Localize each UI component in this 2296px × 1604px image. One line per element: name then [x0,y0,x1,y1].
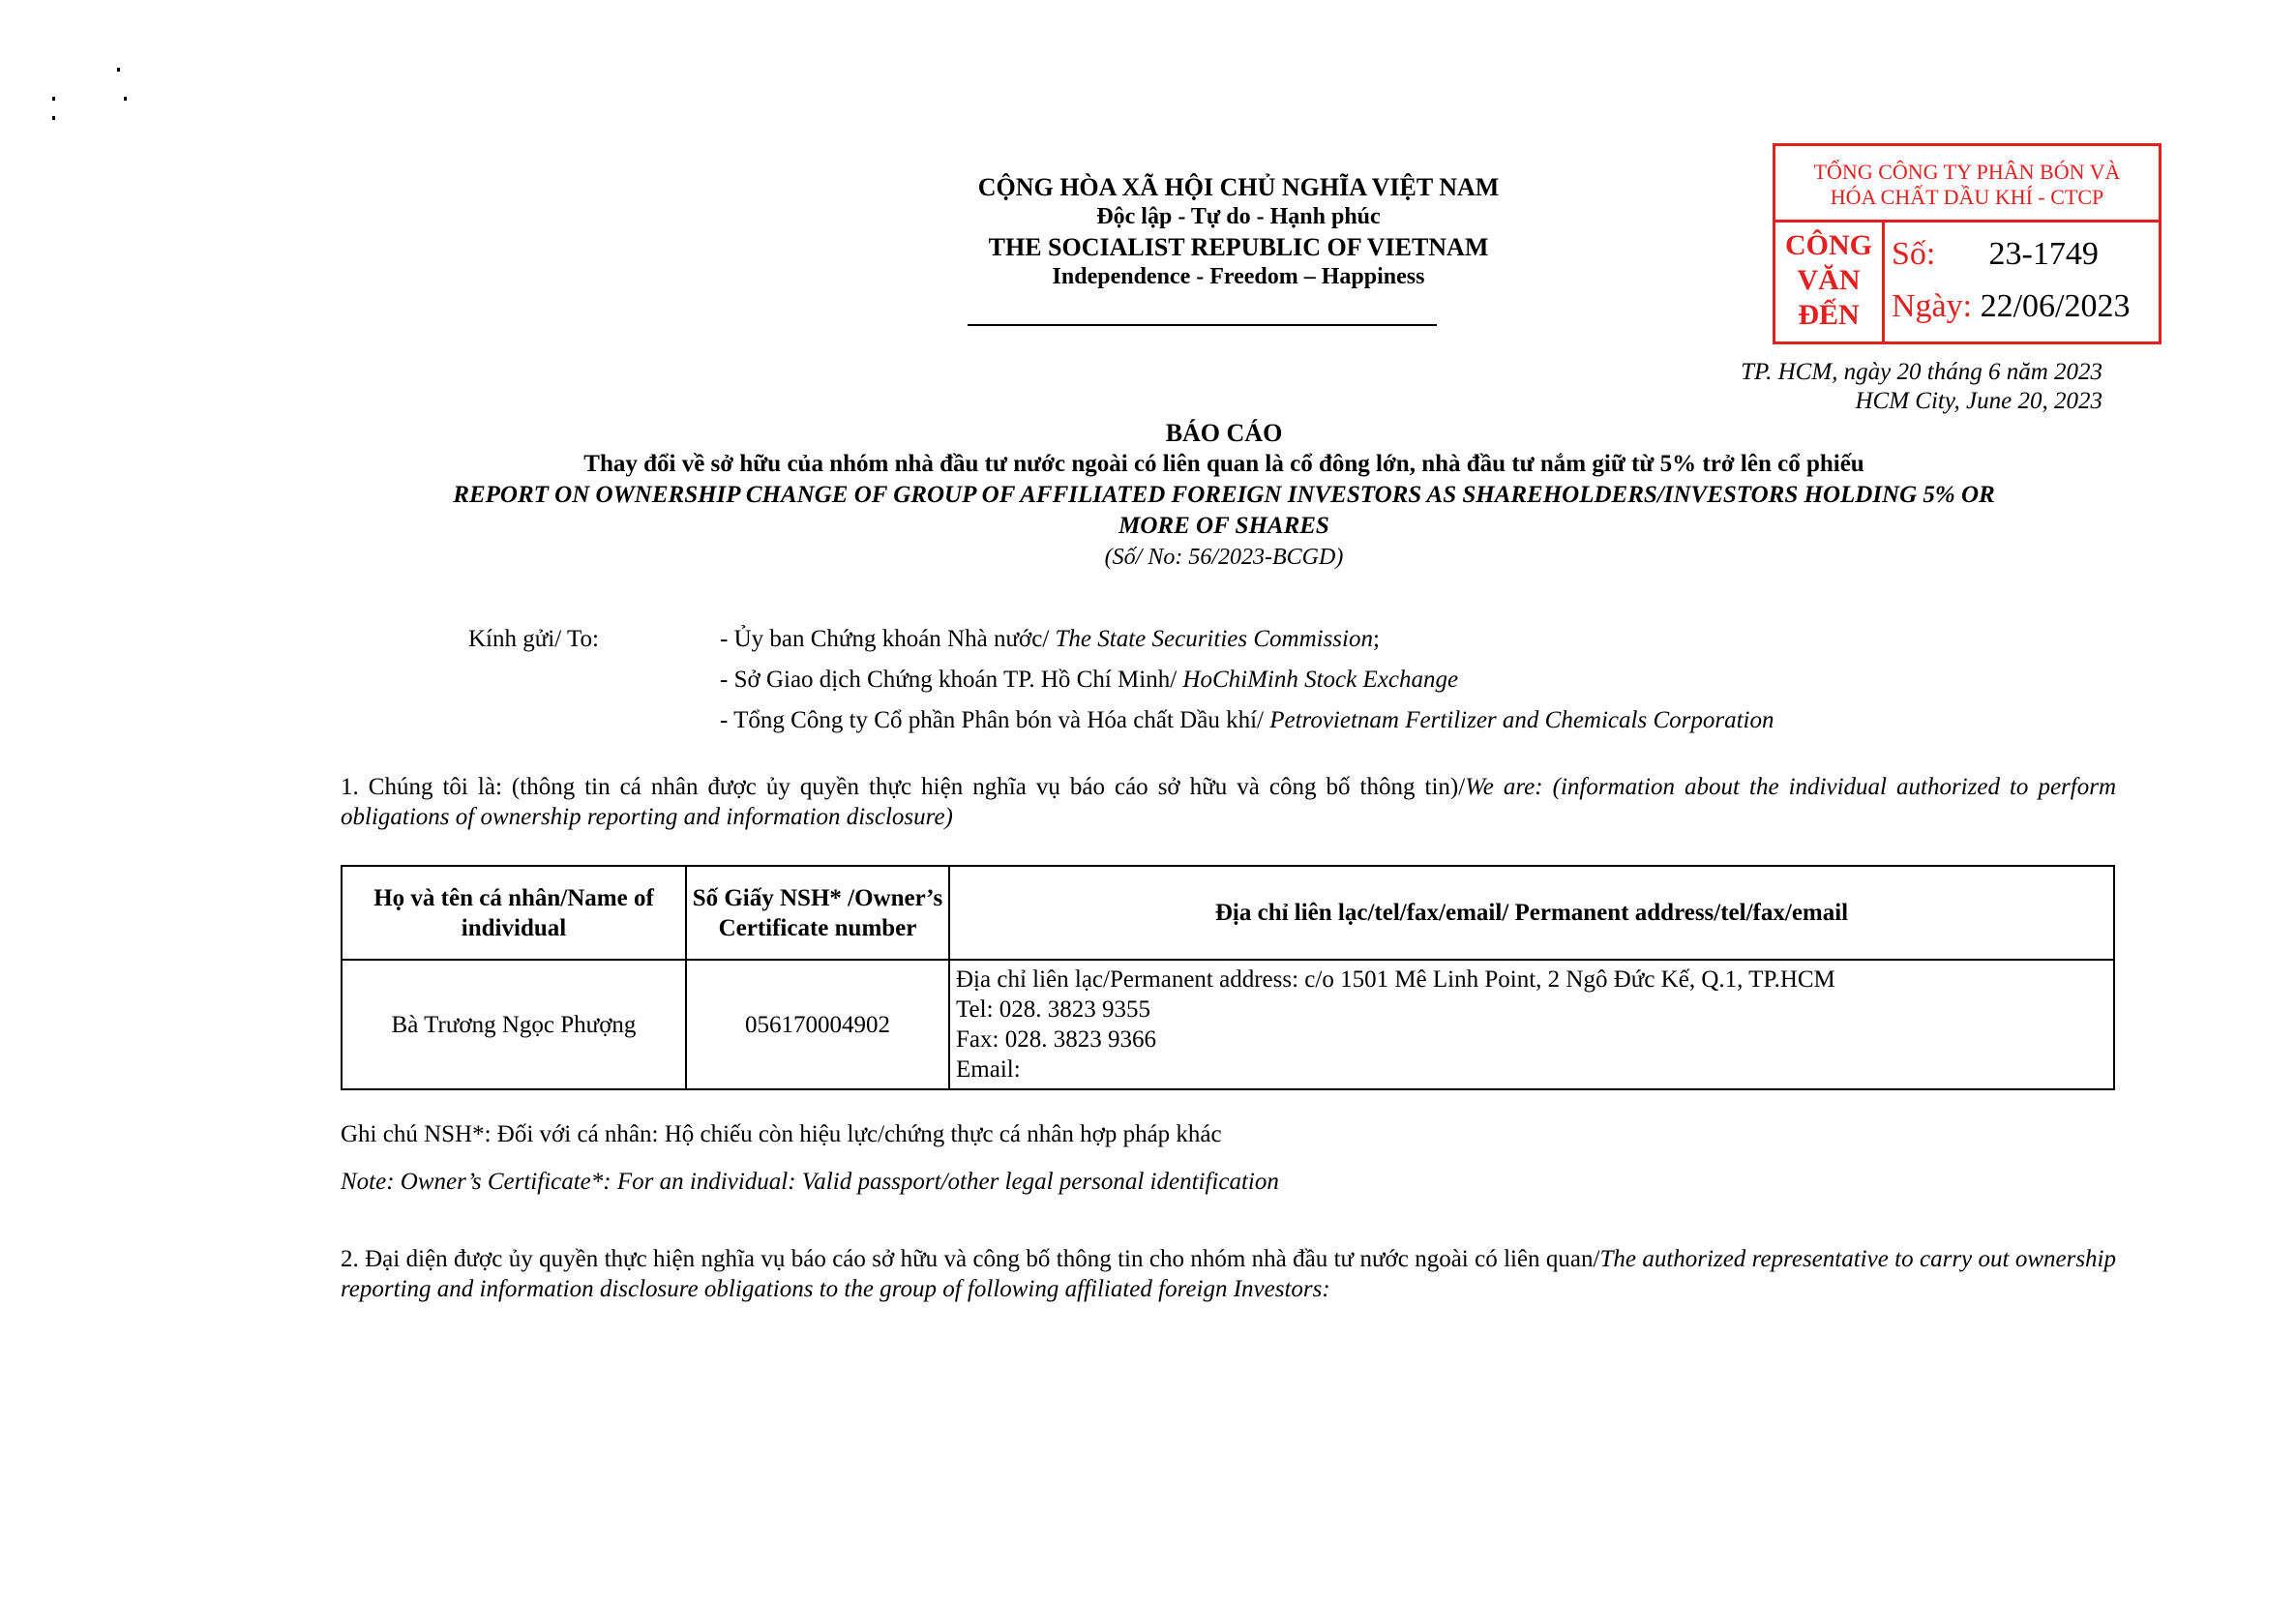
national-motto-en: Independence - Freedom – Happiness [871,262,1606,292]
report-subtitle-vi: Thay đổi về sở hữu của nhóm nhà đầu tư n… [329,449,2119,480]
header-rule [968,324,1437,326]
recipient-vi: - Tổng Công ty Cổ phần Phân bón và Hóa c… [720,707,1269,733]
table-header-row: Họ và tên cá nhân/Name of individual Số … [342,866,2114,960]
stamp-type-line3: ĐẾN [1775,298,1882,333]
cell-name: Bà Trương Ngọc Phượng [342,960,686,1089]
report-subtitle-en-2: MORE OF SHARES [329,511,2119,542]
header-address: Địa chỉ liên lạc/tel/fax/email/ Permanen… [949,866,2114,960]
section-1-vi: 1. Chúng tôi là: (thông tin cá nhân được… [341,774,1465,800]
header-name: Họ và tên cá nhân/Name of individual [342,866,686,960]
incoming-document-stamp: TỔNG CÔNG TY PHÂN BÓN VÀ HÓA CHẤT DẦU KH… [1773,143,2162,344]
note-vi: Ghi chú NSH*: Đối với cá nhân: Hộ chiếu … [341,1120,1222,1149]
recipients-list: - Ủy ban Chứng khoán Nhà nước/ The State… [720,619,1774,741]
stamp-type-line1: CÔNG [1775,228,1882,263]
stamp-date-label: Ngày: [1892,281,1972,333]
fax-line: Fax: 028. 3823 9366 [956,1025,2107,1054]
national-title-en: THE SOCIALIST REPUBLIC OF VIETNAM [871,232,1606,262]
header-certificate: Số Giấy NSH* /Owner’s Certificate number [686,866,949,960]
recipient-tail: ; [1373,626,1380,652]
national-title-vi: CỘNG HÒA XÃ HỘI CHỦ NGHĨA VIỆT NAM [871,172,1606,202]
stamp-date-value: 22/06/2023 [1981,288,2131,324]
stamp-company-line1: TỔNG CÔNG TY PHÂN BÓN VÀ [1775,160,2159,185]
recipient-item: - Sở Giao dịch Chứng khoán TP. Hồ Chí Mi… [720,660,1774,700]
individual-info-table: Họ và tên cá nhân/Name of individual Số … [341,865,2115,1090]
email-line: Email: [956,1054,2107,1084]
report-subtitle-en-1: REPORT ON OWNERSHIP CHANGE OF GROUP OF A… [329,480,2119,511]
tel-line: Tel: 028. 3823 9355 [956,995,2107,1025]
stamp-number-label: Số: [1892,228,1981,281]
address-line: Địa chỉ liên lạc/Permanent address: c/o … [956,965,2107,995]
note-en: Note: Owner’s Certificate*: For an indiv… [341,1168,1279,1197]
place-date-en: HCM City, June 20, 2023 [1741,387,2102,416]
section-1: 1. Chúng tôi là: (thông tin cá nhân được… [341,772,2116,832]
report-number: (Số/ No: 56/2023-BCGD) [329,542,2119,573]
recipient-item: - Ủy ban Chứng khoán Nhà nước/ The State… [720,619,1774,660]
stamp-number-value: 23-1749 [1989,236,2099,272]
recipient-en: Petrovietnam Fertilizer and Chemicals Co… [1269,707,1774,733]
national-motto-vi: Độc lập - Tự do - Hạnh phúc [871,202,1606,232]
recipient-en: HoChiMinh Stock Exchange [1182,667,1458,693]
cell-address: Địa chỉ liên lạc/Permanent address: c/o … [949,960,2114,1089]
section-2-vi: 2. Đại diện được ủy quyền thực hiện nghĩ… [341,1246,1599,1272]
recipient-en: The State Securities Commission [1056,626,1373,652]
stamp-company: TỔNG CÔNG TY PHÂN BÓN VÀ HÓA CHẤT DẦU KH… [1775,146,2159,223]
recipients-label: Kính gửi/ To: [468,619,599,660]
national-header: CỘNG HÒA XÃ HỘI CHỦ NGHĨA VIỆT NAM Độc l… [871,172,1606,292]
recipient-vi: - Ủy ban Chứng khoán Nhà nước/ [720,626,1056,652]
stamp-company-line2: HÓA CHẤT DẦU KHÍ - CTCP [1775,185,2159,210]
section-2: 2. Đại diện được ủy quyền thực hiện nghĩ… [341,1244,2116,1304]
report-title-main: BÁO CÁO [329,418,2119,449]
table-row: Bà Trương Ngọc Phượng 056170004902 Địa c… [342,960,2114,1089]
place-date-vi: TP. HCM, ngày 20 tháng 6 năm 2023 [1741,358,2102,387]
stamp-type-line2: VĂN [1775,263,1882,298]
recipient-vi: - Sở Giao dịch Chứng khoán TP. Hồ Chí Mi… [720,667,1182,693]
stamp-details: Số: 23-1749 Ngày: 22/06/2023 [1888,223,2159,342]
recipient-item: - Tổng Công ty Cổ phần Phân bón và Hóa c… [720,700,1774,741]
stamp-type: CÔNG VĂN ĐẾN [1775,223,1885,342]
cell-certificate: 056170004902 [686,960,949,1089]
report-title: BÁO CÁO Thay đổi về sở hữu của nhóm nhà … [329,418,2119,573]
place-date: TP. HCM, ngày 20 tháng 6 năm 2023 HCM Ci… [1741,358,2102,416]
